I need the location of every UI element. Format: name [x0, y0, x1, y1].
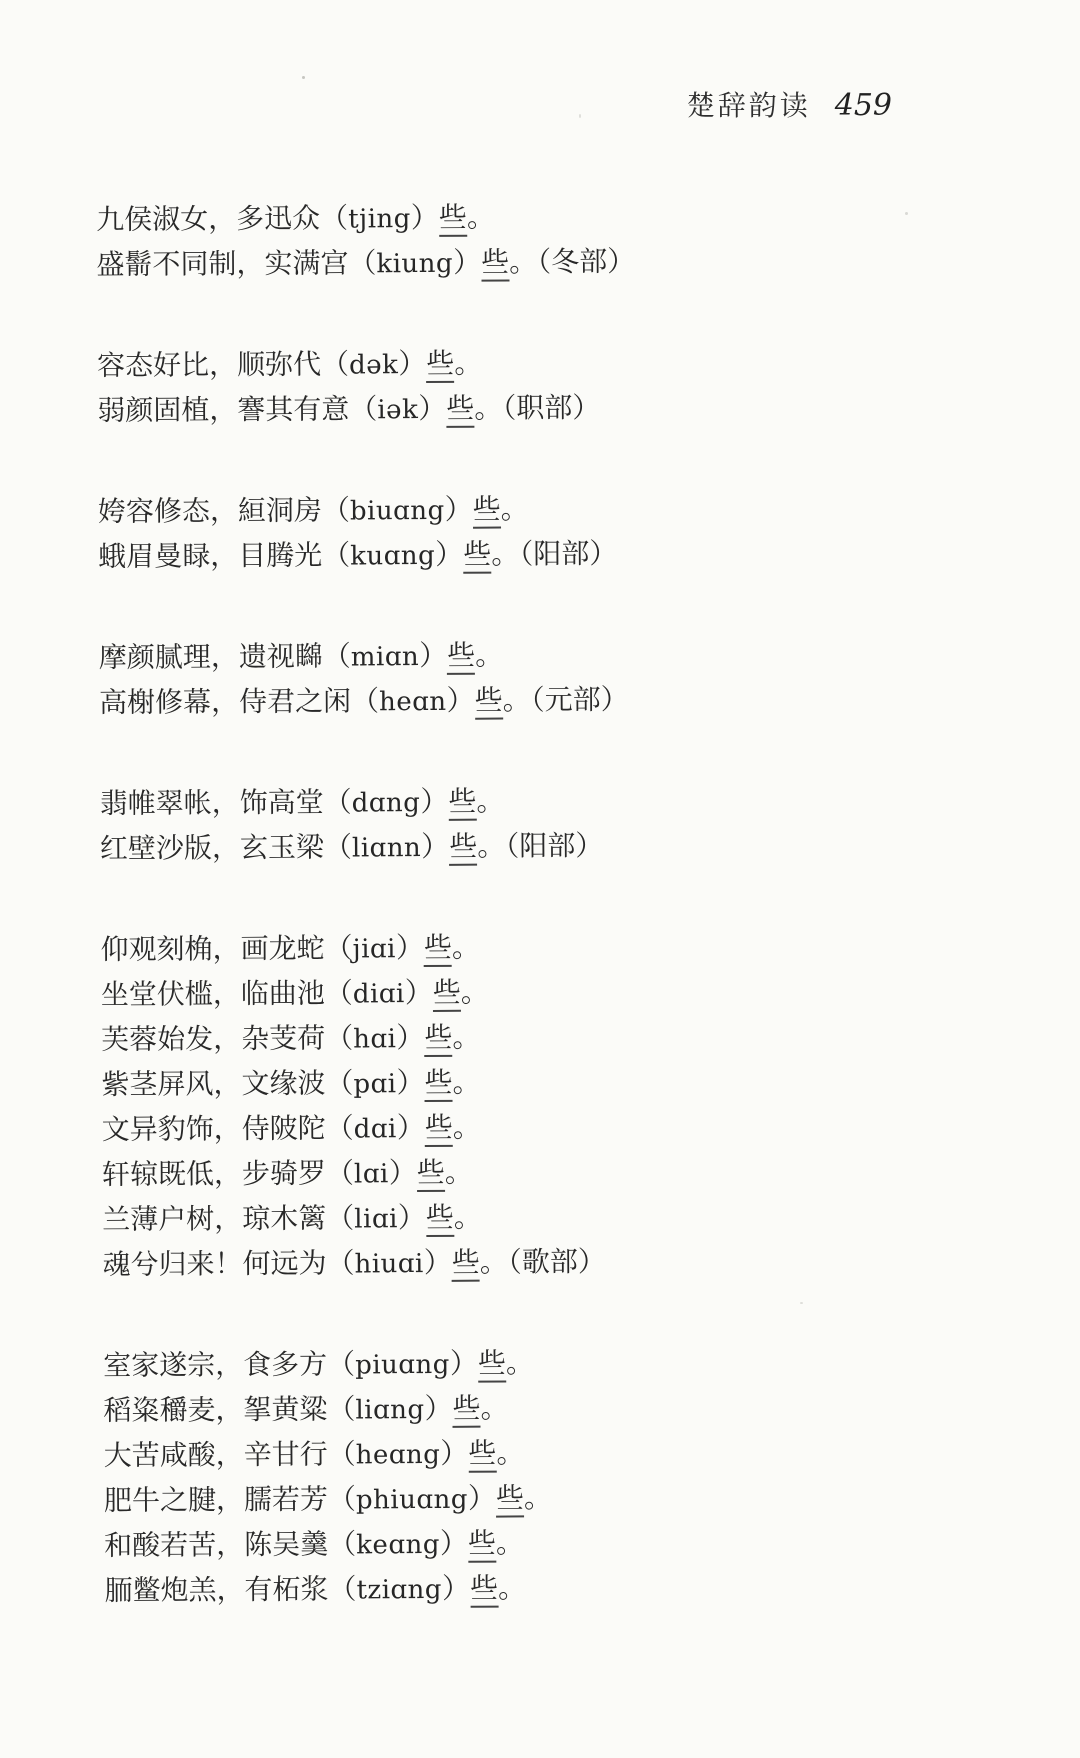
close-paren: ） [398, 1203, 426, 1234]
rhyme-particle: 些 [475, 686, 503, 720]
close-paren: ） [440, 1529, 468, 1560]
stanza-3: 姱容修态，絙洞房（biuɑng）些。蛾眉曼睩，目腾光（kuɑng）些。（阳部） [98, 486, 739, 580]
verse-line: 室家遂宗，食多方（piuɑng）些。 [103, 1340, 743, 1389]
verse-line: 紫茎屏风，文缘波（pɑi）些。 [101, 1059, 741, 1108]
verse-line: 魂兮归来！何远为（hiuɑi）些。（歌部） [102, 1239, 742, 1288]
verse-text: 轩辌既低，步骑罗（ [102, 1158, 354, 1191]
verse-line: 摩颜腻理，遗视矊（miɑn）些。 [99, 632, 739, 681]
close-paren: ） [424, 1394, 452, 1425]
phonetic-reconstruction: hɑi [353, 1024, 396, 1054]
phonetic-reconstruction: keɑng [356, 1530, 440, 1561]
verse-line: 大苦咸酸，辛甘行（heɑng）些。 [104, 1430, 744, 1479]
phonetic-reconstruction: phiuɑng [356, 1485, 468, 1516]
close-paren: ） [405, 978, 433, 1009]
close-paren: ） [468, 1484, 496, 1515]
stanza-2: 容态好比，顺弥代（dək）些。弱颜固植，謇其有意（iək）些。（职部） [97, 340, 738, 434]
period-and-rhyme-group: 。（阳部） [491, 539, 617, 571]
rhyme-particle: 些 [496, 1483, 524, 1517]
period-and-rhyme-group: 。（冬部） [509, 247, 635, 279]
period-and-rhyme-group: 。 [452, 1068, 480, 1099]
rhyme-particle: 些 [478, 1349, 506, 1383]
phonetic-reconstruction: hiuɑi [354, 1249, 423, 1279]
phonetic-reconstruction: liɑi [354, 1204, 398, 1234]
period-and-rhyme-group: 。（歌部） [480, 1247, 606, 1279]
close-paren: ） [453, 248, 481, 279]
close-paren: ） [442, 1574, 470, 1605]
close-paren: ） [421, 832, 449, 863]
period-and-rhyme-group: 。 [453, 1113, 481, 1144]
verse-text: 蛾眉曼睩，目腾光（ [98, 540, 350, 573]
verse-line: 仰观刻桷，画龙蛇（jiɑi）些。 [100, 924, 740, 973]
verse-text: 肥牛之腱，臑若芳（ [104, 1484, 356, 1517]
verse-text: 翡帷翠帐，饰高堂（ [100, 787, 352, 820]
period-and-rhyme-group: 。 [496, 1528, 524, 1559]
phonetic-reconstruction: heɑng [356, 1440, 441, 1471]
phonetic-reconstruction: miɑn [351, 642, 420, 672]
rhyme-particle: 些 [448, 787, 476, 821]
phonetic-reconstruction: dɑi [354, 1114, 397, 1144]
scan-speck [800, 1302, 803, 1304]
rhyme-particle: 些 [425, 1113, 453, 1147]
verse-line: 姱容修态，絙洞房（biuɑng）些。 [98, 486, 738, 535]
phonetic-reconstruction: heɑn [379, 687, 447, 717]
close-paren: ） [396, 933, 424, 964]
verse-text: 大苦咸酸，辛甘行（ [104, 1439, 356, 1472]
verse-line: 肥牛之腱，臑若芳（phiuɑng）些。 [104, 1475, 744, 1524]
close-paren: ） [396, 1068, 424, 1099]
close-paren: ） [418, 394, 446, 425]
phonetic-reconstruction: liɑnn [352, 833, 421, 863]
close-paren: ） [440, 1439, 468, 1470]
verse-line: 稻粢穱麦，挐黄粱（liɑng）些。 [103, 1385, 743, 1434]
period-and-rhyme-group: 。 [452, 1023, 480, 1054]
stanza-5: 翡帷翠帐，饰高堂（dɑng）些。红壁沙版，玄玉梁（liɑnn）些。（阳部） [100, 778, 741, 872]
rhyme-particle: 些 [453, 1394, 481, 1428]
period-and-rhyme-group: 。 [454, 349, 482, 380]
period-and-rhyme-group: 。 [452, 933, 480, 964]
close-paren: ） [398, 349, 426, 380]
period-and-rhyme-group: 。 [506, 1348, 534, 1379]
verse-text: 九侯淑女，多迅众（ [96, 203, 348, 236]
verse-text: 摩颜腻理，遗视矊（ [99, 641, 351, 674]
close-paren: ） [450, 1349, 478, 1380]
verse-text: 红壁沙版，玄玉梁（ [100, 832, 352, 865]
page-number: 459 [835, 88, 892, 123]
phonetic-reconstruction: biuɑng [350, 496, 445, 527]
rhyme-particle: 些 [424, 933, 452, 967]
page-header: 楚辞韵读 459 [687, 84, 892, 124]
verse-text: 兰薄户树，琼木篱（ [102, 1203, 354, 1236]
phonetic-reconstruction: dək [349, 350, 398, 380]
phonetic-reconstruction: dɑng [352, 788, 421, 818]
verse-text: 稻粢穱麦，挐黄粱（ [103, 1394, 355, 1427]
verse-text: 仰观刻桷，画龙蛇（ [101, 933, 353, 966]
rhyme-particle: 些 [470, 1574, 498, 1608]
close-paren: ） [419, 641, 447, 672]
rhyme-particle: 些 [424, 1023, 452, 1057]
verse-line: 坐堂伏槛，临曲池（diɑi）些。 [101, 969, 741, 1018]
rhyme-particle: 些 [417, 1158, 445, 1192]
verse-text: 室家遂宗，食多方（ [103, 1349, 355, 1382]
verse-text: 盛鬋不同制，实满宫（ [96, 248, 376, 281]
verse-text: 文异豹饰，侍陂陀（ [102, 1113, 354, 1146]
close-paren: ） [420, 787, 448, 818]
close-paren: ） [435, 540, 463, 571]
period-and-rhyme-group: 。 [498, 1573, 526, 1604]
verse-line: 红壁沙版，玄玉梁（liɑnn）些。（阳部） [100, 823, 740, 872]
phonetic-reconstruction: lɑi [354, 1159, 389, 1189]
verse-body: 九侯淑女，多迅众（tjing）些。盛鬋不同制，实满宫（kiung）些。（冬部）容… [96, 194, 745, 1670]
verse-text: 紫茎屏风，文缘波（ [101, 1068, 353, 1101]
verse-line: 蛾眉曼睩，目腾光（kuɑng）些。（阳部） [98, 531, 738, 580]
verse-line: 九侯淑女，多迅众（tjing）些。 [96, 194, 736, 243]
verse-line: 高榭修幕，侍君之闲（heɑn）些。（元部） [99, 677, 739, 726]
period-and-rhyme-group: 。 [501, 494, 529, 525]
period-and-rhyme-group: 。 [445, 1158, 473, 1189]
verse-line: 弱颜固植，謇其有意（iək）些。（职部） [97, 385, 737, 434]
scan-speck [302, 76, 305, 79]
close-paren: ） [424, 1248, 452, 1279]
rhyme-particle: 些 [468, 1529, 496, 1563]
stanza-7: 室家遂宗，食多方（piuɑng）些。稻粢穱麦，挐黄粱（liɑng）些。大苦咸酸，… [103, 1340, 745, 1614]
verse-line: 文异豹饰，侍陂陀（dɑi）些。 [102, 1104, 742, 1153]
close-paren: ） [411, 203, 439, 234]
verse-text: 芙蓉始发，杂芰荷（ [101, 1023, 353, 1056]
phonetic-reconstruction: tziɑng [356, 1575, 442, 1606]
verse-line: 翡帷翠帐，饰高堂（dɑng）些。 [100, 778, 740, 827]
rhyme-particle: 些 [439, 203, 467, 237]
verse-text: 容态好比，顺弥代（ [97, 349, 349, 382]
verse-text: 和酸若苦，陈吴羹（ [104, 1529, 356, 1562]
close-paren: ） [447, 686, 475, 717]
phonetic-reconstruction: iək [377, 395, 418, 425]
period-and-rhyme-group: 。（阳部） [477, 831, 603, 863]
scan-speck [579, 114, 581, 118]
phonetic-reconstruction: tjing [348, 204, 411, 234]
verse-text: 胹鳖炮羔，有柘浆（ [104, 1574, 356, 1607]
scan-speck [905, 212, 908, 215]
period-and-rhyme-group: 。 [481, 1394, 509, 1425]
period-and-rhyme-group: 。（职部） [474, 393, 600, 425]
phonetic-reconstruction: kiung [376, 249, 453, 279]
verse-line: 胹鳖炮羔，有柘浆（tziɑng）些。 [104, 1565, 744, 1614]
verse-line: 兰薄户树，琼木篱（liɑi）些。 [102, 1194, 742, 1243]
verse-line: 盛鬋不同制，实满宫（kiung）些。（冬部） [96, 239, 736, 288]
rhyme-particle: 些 [426, 1203, 454, 1237]
rhyme-particle: 些 [481, 247, 509, 281]
verse-text: 高榭修幕，侍君之闲（ [99, 686, 379, 719]
verse-line: 容态好比，顺弥代（dək）些。 [97, 340, 737, 389]
rhyme-particle: 些 [433, 978, 461, 1012]
period-and-rhyme-group: 。 [461, 978, 489, 1009]
rhyme-particle: 些 [452, 1248, 480, 1282]
period-and-rhyme-group: 。 [454, 1203, 482, 1234]
verse-text: 魂兮归来！何远为（ [102, 1248, 354, 1281]
period-and-rhyme-group: 。 [475, 641, 503, 672]
stanza-1: 九侯淑女，多迅众（tjing）些。盛鬋不同制，实满宫（kiung）些。（冬部） [96, 194, 737, 288]
rhyme-particle: 些 [473, 495, 501, 529]
phonetic-reconstruction: piuɑng [355, 1350, 450, 1381]
stanza-4: 摩颜腻理，遗视矊（miɑn）些。高榭修幕，侍君之闲（heɑn）些。（元部） [99, 632, 740, 726]
verse-text: 姱容修态，絙洞房（ [98, 495, 350, 528]
phonetic-reconstruction: liɑng [355, 1395, 424, 1425]
rhyme-particle: 些 [468, 1439, 496, 1473]
close-paren: ） [389, 1158, 417, 1189]
period-and-rhyme-group: 。（元部） [503, 685, 629, 717]
phonetic-reconstruction: jiɑi [353, 934, 397, 964]
verse-text: 坐堂伏槛，临曲池（ [101, 978, 353, 1011]
stanza-6: 仰观刻桷，画龙蛇（jiɑi）些。坐堂伏槛，临曲池（diɑi）些。芙蓉始发，杂芰荷… [100, 924, 742, 1288]
rhyme-particle: 些 [446, 394, 474, 428]
phonetic-reconstruction: kuɑng [350, 541, 435, 572]
verse-line: 和酸若苦，陈吴羹（keɑng）些。 [104, 1520, 744, 1569]
verse-line: 轩辌既低，步骑罗（lɑi）些。 [102, 1149, 742, 1198]
rhyme-particle: 些 [424, 1068, 452, 1102]
verse-text: 弱颜固植，謇其有意（ [97, 394, 377, 427]
rhyme-particle: 些 [449, 832, 477, 866]
book-title: 楚辞韵读 [687, 84, 811, 124]
close-paren: ） [445, 495, 473, 526]
close-paren: ） [397, 1113, 425, 1144]
rhyme-particle: 些 [447, 641, 475, 675]
period-and-rhyme-group: 。 [467, 203, 495, 234]
phonetic-reconstruction: diɑi [353, 979, 405, 1009]
period-and-rhyme-group: 。 [524, 1483, 552, 1514]
period-and-rhyme-group: 。 [476, 787, 504, 818]
period-and-rhyme-group: 。 [496, 1438, 524, 1469]
rhyme-particle: 些 [426, 349, 454, 383]
phonetic-reconstruction: pɑi [353, 1069, 396, 1099]
verse-line: 芙蓉始发，杂芰荷（hɑi）些。 [101, 1014, 741, 1063]
rhyme-particle: 些 [463, 540, 491, 574]
close-paren: ） [396, 1023, 424, 1054]
